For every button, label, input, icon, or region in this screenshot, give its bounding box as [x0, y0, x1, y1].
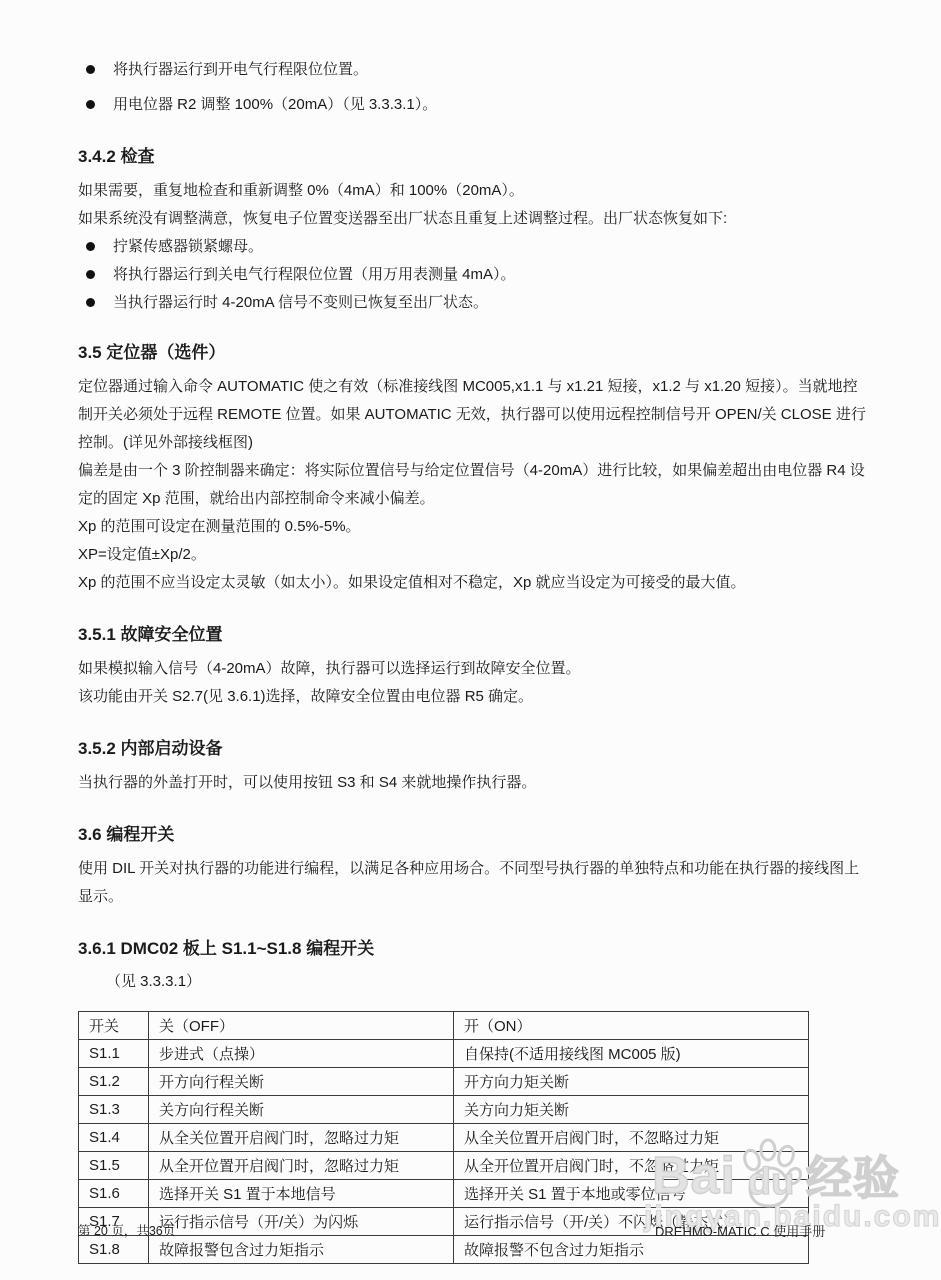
- table-header-cell: 开关: [79, 1012, 149, 1040]
- table-cell: 从全关位置开启阀门时，忽略过力矩: [149, 1124, 454, 1152]
- table-header-row: 开关 关（OFF） 开（ON）: [79, 1012, 809, 1040]
- list-item: 当执行器运行时 4-20mA 信号不变则已恢复至出厂状态。: [78, 289, 870, 317]
- list-item: 用电位器 R2 调整 100%（20mA）（见 3.3.3.1）。: [78, 91, 870, 119]
- bullet-icon: [86, 100, 95, 109]
- table-header-cell: 关（OFF）: [149, 1012, 454, 1040]
- paragraph: 如果模拟输入信号（4-20mA）故障，执行器可以选择运行到故障安全位置。: [78, 655, 870, 683]
- paragraph: XP=设定值±Xp/2。: [78, 541, 870, 569]
- table-cell: S1.2: [79, 1068, 149, 1096]
- table-cell: S1.6: [79, 1180, 149, 1208]
- bullet-icon: [86, 298, 95, 307]
- paragraph: 当执行器的外盖打开时，可以使用按钮 S3 和 S4 来就地操作执行器。: [78, 769, 870, 797]
- list-item: 将执行器运行到开电气行程限位位置。: [78, 56, 870, 84]
- table-row: S1.1 步进式（点操） 自保持(不适用接线图 MC005 版): [79, 1040, 809, 1068]
- table-cell: 步进式（点操）: [149, 1040, 454, 1068]
- section-3-5-2-heading: 3.5.2 内部启动设备: [78, 737, 870, 761]
- table-cell: 故障报警包含过力矩指示: [149, 1236, 454, 1264]
- paragraph: Xp 的范围可设定在测量范围的 0.5%-5%。: [78, 513, 870, 541]
- table-cell: 选择开关 S1 置于本地信号: [149, 1180, 454, 1208]
- section-3-5-1-heading: 3.5.1 故障安全位置: [78, 623, 870, 647]
- table-cell: 自保持(不适用接线图 MC005 版): [454, 1040, 809, 1068]
- table-header-cell: 开（ON）: [454, 1012, 809, 1040]
- table-cell: S1.8: [79, 1236, 149, 1264]
- bullet-icon: [86, 270, 95, 279]
- section-3-6-1-heading: 3.6.1 DMC02 板上 S1.1~S1.8 编程开关: [78, 937, 870, 961]
- baidu-logo-text-jingyan: 经验: [806, 1150, 900, 1206]
- section-3-6-1-note: （见 3.3.3.1）: [106, 969, 870, 995]
- paragraph: 使用 DIL 开关对执行器的功能进行编程，以满足各种应用场合。不同型号执行器的单…: [78, 855, 870, 911]
- footer-page-number: 第 20 页，共36页: [78, 1221, 175, 1239]
- table-cell: S1.1: [79, 1040, 149, 1068]
- page-content: 将执行器运行到开电气行程限位位置。 用电位器 R2 调整 100%（20mA）（…: [78, 56, 870, 1264]
- table-cell: 运行指示信号（开/关）为闪烁: [149, 1208, 454, 1236]
- list-item: 拧紧传感器锁紧螺母。: [78, 233, 870, 261]
- list-item: 将执行器运行到关电气行程限位位置（用万用表测量 4mA）。: [78, 261, 870, 289]
- bullet-text: 拧紧传感器锁紧螺母。: [113, 233, 263, 261]
- paragraph: 定位器通过输入命令 AUTOMATIC 使之有效（标准接线图 MC005,x1.…: [78, 373, 870, 457]
- paragraph: 该功能由开关 S2.7(见 3.6.1)选择，故障安全位置由电位器 R5 确定。: [78, 683, 870, 711]
- paragraph: 如果需要，重复地检查和重新调整 0%（4mA）和 100%（20mA）。: [78, 177, 870, 205]
- section-3-4-2-heading: 3.4.2 检查: [78, 145, 870, 169]
- section-3-6-heading: 3.6 编程开关: [78, 823, 870, 847]
- bullet-icon: [86, 65, 95, 74]
- table-cell: 关方向力矩关断: [454, 1096, 809, 1124]
- baidu-logo-text-bai: Bai: [652, 1146, 736, 1206]
- table-cell: 开方向行程关断: [149, 1068, 454, 1096]
- table-cell: S1.5: [79, 1152, 149, 1180]
- document-page: 将执行器运行到开电气行程限位位置。 用电位器 R2 调整 100%（20mA）（…: [0, 0, 941, 1280]
- paragraph: Xp 的范围不应当设定太灵敏（如太小）。如果设定值相对不稳定，Xp 就应当设定为…: [78, 569, 870, 597]
- table-cell: 关方向行程关断: [149, 1096, 454, 1124]
- table-cell: 开方向力矩关断: [454, 1068, 809, 1096]
- restore-steps-bullet-list: 拧紧传感器锁紧螺母。 将执行器运行到关电气行程限位位置（用万用表测量 4mA）。…: [78, 233, 870, 317]
- baidu-jingyan-watermark: Bai du 经验 jingyan.baidu.com: [652, 1138, 941, 1234]
- table-cell: S1.3: [79, 1096, 149, 1124]
- paragraph: 偏差是由一个 3 阶控制器来确定：将实际位置信号与给定位置信号（4-20mA）进…: [78, 457, 870, 513]
- paragraph: 如果系统没有调整满意，恢复电子位置变送器至出厂状态且重复上述调整过程。出厂状态恢…: [78, 205, 870, 233]
- section-3-5-heading: 3.5 定位器（选件）: [78, 341, 870, 365]
- intro-bullet-list: 将执行器运行到开电气行程限位位置。 用电位器 R2 调整 100%（20mA）（…: [78, 56, 870, 119]
- bullet-icon: [86, 242, 95, 251]
- baidu-paw-icon: du: [738, 1138, 802, 1210]
- bullet-text: 将执行器运行到关电气行程限位位置（用万用表测量 4mA）。: [113, 261, 516, 289]
- baidu-logo: Bai du 经验: [652, 1138, 941, 1206]
- baidu-logo-text-du: du: [748, 1161, 794, 1204]
- bullet-text: 用电位器 R2 调整 100%（20mA）（见 3.3.3.1）。: [113, 91, 437, 119]
- table-row: S1.2 开方向行程关断 开方向力矩关断: [79, 1068, 809, 1096]
- footer-doc-title: DREHMO-MATIC C 使用手册: [655, 1221, 825, 1240]
- bullet-text: 当执行器运行时 4-20mA 信号不变则已恢复至出厂状态。: [113, 289, 488, 317]
- table-cell: S1.4: [79, 1124, 149, 1152]
- bullet-text: 将执行器运行到开电气行程限位位置。: [113, 56, 368, 84]
- table-cell: 从全开位置开启阀门时，忽略过力矩: [149, 1152, 454, 1180]
- table-row: S1.3 关方向行程关断 关方向力矩关断: [79, 1096, 809, 1124]
